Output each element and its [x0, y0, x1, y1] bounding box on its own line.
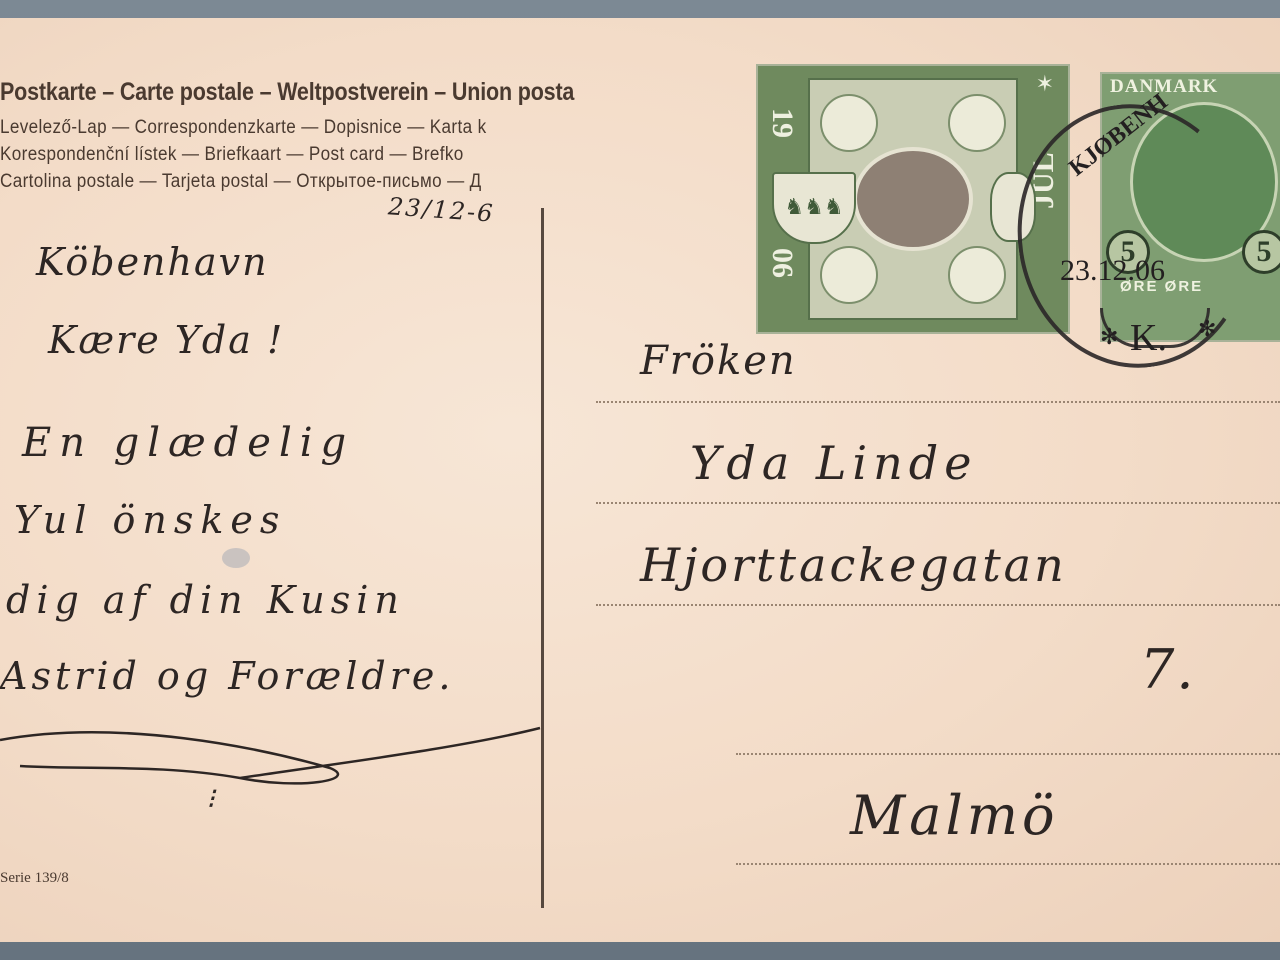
postmark-ornament-left-icon: ✻: [1100, 324, 1118, 350]
address-line-4: 7.: [1140, 638, 1196, 701]
message-line-1: Köbenhavn: [36, 240, 269, 284]
flower-ornament-icon: [948, 94, 1006, 152]
flower-ornament-icon: [820, 94, 878, 152]
message-line-6: Astrid og Forældre.: [0, 654, 454, 698]
message-line-3: En glædelig: [22, 420, 354, 466]
address-line-rule-5: [736, 863, 1280, 865]
postmark-date: 23.12.06: [1060, 254, 1165, 288]
postmark-ornament-right-icon: ✻: [1198, 316, 1216, 342]
signature-flourish: [0, 708, 560, 798]
postcard-header-title: Postkarte – Carte postale – Weltpostvere…: [0, 78, 574, 107]
star-icon: ✶: [1036, 72, 1054, 97]
postcard-header-line-2: Levelező-Lap — Correspondenzkarte — Dopi…: [0, 117, 486, 139]
coat-of-arms-lions-icon: ♞♞♞: [772, 172, 856, 244]
postmark-office: K.: [1130, 316, 1167, 360]
stamp-country: DANMARK: [1110, 76, 1218, 98]
address-line-rule-1: [596, 401, 1280, 403]
postcard-header-line-4: Cartolina postale — Tarjeta postal — Отк…: [0, 171, 482, 193]
photo-background: Postkarte – Carte postale – Weltpostvere…: [0, 0, 1280, 960]
address-line-rule-2: [596, 502, 1280, 504]
address-line-3: Hjorttackegatan: [640, 538, 1067, 592]
handwritten-date: 23/12-6: [387, 192, 495, 227]
address-line-5: Malmö: [850, 784, 1058, 847]
address-line-rule-3: [596, 604, 1280, 606]
stamp-year-top: 19: [765, 107, 799, 139]
flower-ornament-icon: [820, 246, 878, 304]
message-line-7: ⁝: [206, 782, 217, 815]
postcard-header-line-3: Korespondenční lístek — Briefkaart — Pos…: [0, 144, 464, 166]
postcard: Postkarte – Carte postale – Weltpostvere…: [0, 18, 1280, 942]
address-line-rule-4: [736, 753, 1280, 755]
message-address-divider: [541, 208, 544, 908]
ink-blot: [222, 548, 250, 568]
portrait-oval: [853, 147, 973, 251]
series-number: Serie 139/8: [0, 870, 69, 887]
stamp-year-bottom: 06: [765, 247, 799, 279]
message-line-4: Yul önskes: [14, 498, 286, 542]
message-line-5: dig af din Kusin: [6, 578, 405, 622]
flower-ornament-icon: [948, 246, 1006, 304]
address-line-2: Yda Linde: [690, 436, 977, 490]
stamp-ornament-field: ♞♞♞: [808, 78, 1018, 320]
message-line-2: Kære Yda !: [48, 318, 284, 362]
address-line-1: Fröken: [640, 338, 797, 384]
